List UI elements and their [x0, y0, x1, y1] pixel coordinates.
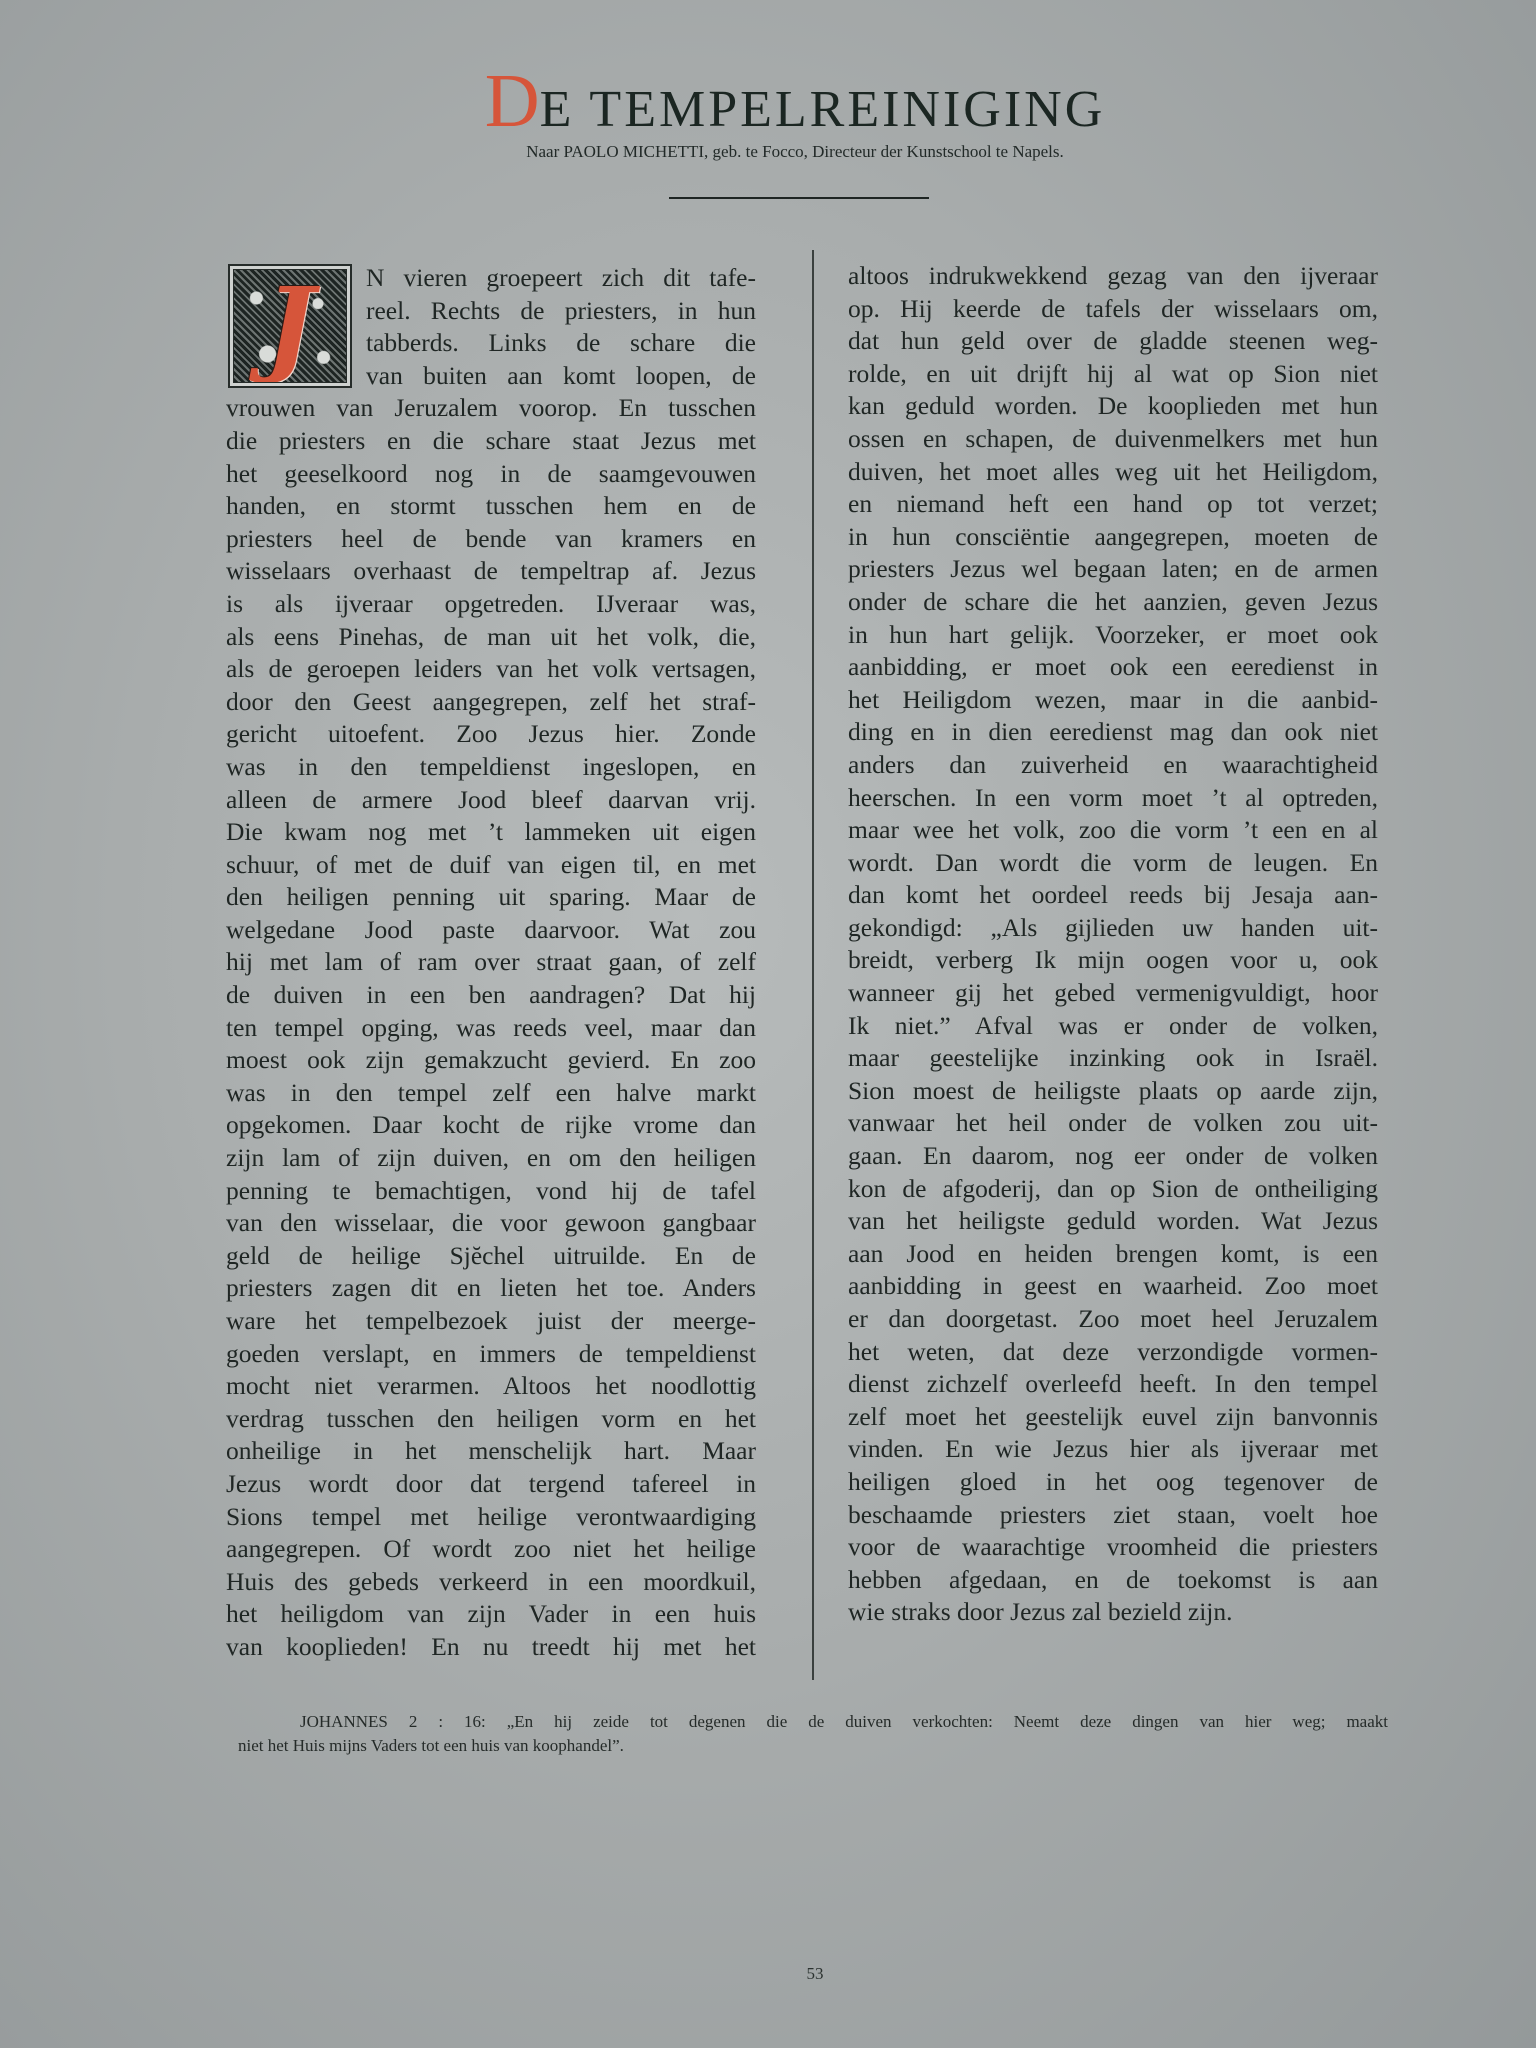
text-line: dienst zichzelf overleefd heeft. In den …: [848, 1368, 1378, 1401]
dropcap-letter: J: [234, 269, 346, 383]
text-line: zelf moet het geestelijk euvel zijn banv…: [848, 1401, 1378, 1434]
text-line: geld de heilige Sjĕchel uitruilde. En de: [226, 1240, 756, 1273]
text-line: priesters heel de bende van kramers en: [226, 523, 756, 556]
text-line: kan geduld worden. De kooplieden met hun: [848, 390, 1378, 423]
text-line: maar geestelijke inzinking ook in Israël…: [848, 1042, 1378, 1075]
text-line: ten tempel opging, was reeds veel, maar …: [226, 1012, 756, 1045]
text-line: Jezus wordt door dat tergend tafereel in: [226, 1468, 756, 1501]
text-line: ware het tempelbezoek juist der meerge-: [226, 1305, 756, 1338]
text-line: en niemand heft een hand op tot verzet;: [848, 488, 1378, 521]
text-line: mocht niet verarmen. Altoos het noodlott…: [226, 1370, 756, 1403]
text-line: Huis des gebeds verkeerd in een moordkui…: [226, 1566, 756, 1599]
right-column: altoos indrukwekkend gezag van den ijver…: [848, 260, 1378, 1629]
text-line: hebben afgedaan, en de toekomst is aan: [848, 1564, 1378, 1597]
footnote-line: niet het Huis mijns Vaders tot een huis …: [238, 1734, 1388, 1758]
text-line: wie straks door Jezus zal bezield zijn.: [848, 1596, 1378, 1629]
text-line: wisselaars overhaast de tempeltrap af. J…: [226, 555, 756, 588]
text-line: heerschen. In een vorm moet ’t al optred…: [848, 782, 1378, 815]
title-rest: E TEMPELREINIGING: [540, 81, 1106, 138]
text-line: verdrag tusschen den heiligen vorm en he…: [226, 1403, 756, 1436]
text-line: penning te bemachtigen, vond hij de tafe…: [226, 1175, 756, 1208]
text-line: ossen en schapen, de duivenmelkers met h…: [848, 423, 1378, 456]
text-line: aan Jood en heiden brengen komt, is een: [848, 1238, 1378, 1271]
text-line: Die kwam nog met ’t lammeken uit eigen: [226, 816, 756, 849]
text-line: als de geroepen leiders van het volk ver…: [226, 653, 756, 686]
text-line: gericht uitoefent. Zoo Jezus hier. Zonde: [226, 718, 756, 751]
book-page: DE TEMPELREINIGING Naar PAOLO MICHETTI, …: [0, 0, 1536, 2048]
text-line: is als ijveraar opgetreden. IJveraar was…: [226, 588, 756, 621]
text-line: beschaamde priesters ziet staan, voelt h…: [848, 1499, 1378, 1532]
text-line: als eens Pinehas, de man uit het volk, d…: [226, 621, 756, 654]
page-subtitle: Naar PAOLO MICHETTI, geb. te Focco, Dire…: [0, 142, 1536, 162]
text-line: voor de waarachtige vroomheid die priest…: [848, 1531, 1378, 1564]
text-line: heiligen gloed in het oog tegenover de: [848, 1466, 1378, 1499]
text-line: Sion moest de heiligste plaats op aarde …: [848, 1075, 1378, 1108]
text-line: er dan doorgetast. Zoo moet heel Jeruzal…: [848, 1303, 1378, 1336]
text-line: vinden. En wie Jezus hier als ijveraar m…: [848, 1433, 1378, 1466]
text-line: was in den tempeldienst ingeslopen, en: [226, 751, 756, 784]
text-line: kon de afgoderij, dan op Sion de ontheil…: [848, 1173, 1378, 1206]
title-divider: [669, 197, 929, 199]
text-line: wordt. Dan wordt die vorm de leugen. En: [848, 847, 1378, 880]
text-line: aanbidding in geest en waarheid. Zoo moe…: [848, 1270, 1378, 1303]
text-line: onheilige in het menschelijk hart. Maar: [226, 1435, 756, 1468]
text-line: de duiven in een ben aandragen? Dat hij: [226, 979, 756, 1012]
text-line: opgekomen. Daar kocht de rijke vrome dan: [226, 1109, 756, 1142]
text-line: door den Geest aangegrepen, zelf het str…: [226, 686, 756, 719]
text-line: van den wisselaar, die voor gewoon gangb…: [226, 1207, 756, 1240]
text-line: het heiligdom van zijn Vader in een huis: [226, 1598, 756, 1631]
text-line: rolde, en uit drijft hij al wat op Sion …: [848, 358, 1378, 391]
text-line: handen, en stormt tusschen hem en de: [226, 490, 756, 523]
text-line: op. Hij keerde de tafels der wisselaars …: [848, 293, 1378, 326]
text-line: dan komt het oordeel reeds bij Jesaja aa…: [848, 879, 1378, 912]
text-line: altoos indrukwekkend gezag van den ijver…: [848, 260, 1378, 293]
text-line: duiven, het moet alles weg uit het Heili…: [848, 456, 1378, 489]
text-line: het weten, dat deze verzondigde vormen-: [848, 1336, 1378, 1369]
text-line: het geeselkoord nog in de saamgevouwen: [226, 458, 756, 491]
title-initial: D: [485, 59, 540, 143]
text-line: den heiligen penning uit sparing. Maar d…: [226, 881, 756, 914]
column-divider: [812, 250, 814, 1680]
text-line: onder de schare die het aanzien, geven J…: [848, 586, 1378, 619]
page-number: 53: [0, 1964, 1536, 1984]
text-line: wanneer gij het gebed vermenigvuldigt, h…: [848, 977, 1378, 1010]
ornamental-initial-icon: J: [228, 264, 352, 388]
text-line: zijn lam of zijn duiven, en om den heili…: [226, 1142, 756, 1175]
text-line: alleen de armere Jood bleef daarvan vrij…: [226, 784, 756, 817]
text-line: ding en in dien eeredienst mag dan ook n…: [848, 716, 1378, 749]
initial-ornament-background: J: [233, 269, 347, 383]
text-line: priesters zagen dit en lieten het toe. A…: [226, 1272, 756, 1305]
footnote-line: JOHANNES 2 : 16: „En hij zeide tot degen…: [238, 1710, 1388, 1734]
text-line: breidt, verberg Ik mijn oogen voor u, oo…: [848, 944, 1378, 977]
text-line: vanwaar het heil onder de volken zou uit…: [848, 1107, 1378, 1140]
scripture-footnote: JOHANNES 2 : 16: „En hij zeide tot degen…: [238, 1710, 1388, 1758]
text-line: priesters Jezus wel begaan laten; en de …: [848, 553, 1378, 586]
text-line: Ik niet.” Afval was er onder de volken,: [848, 1010, 1378, 1043]
text-line: schuur, of met de duif van eigen til, en…: [226, 849, 756, 882]
text-line: moest ook zijn gemakzucht gevierd. En zo…: [226, 1044, 756, 1077]
text-line: vrouwen van Jeruzalem voorop. En tussche…: [226, 392, 756, 425]
text-line: van het heiligste geduld worden. Wat Jez…: [848, 1205, 1378, 1238]
text-line: maar wee het volk, zoo die vorm ’t een e…: [848, 814, 1378, 847]
text-line: in hun consciëntie aangegrepen, moeten d…: [848, 521, 1378, 554]
text-line: aangegrepen. Of wordt zoo niet het heili…: [226, 1533, 756, 1566]
text-line: goeden verslapt, en immers de tempeldien…: [226, 1338, 756, 1371]
text-line: gaan. En daarom, nog eer onder de volken: [848, 1140, 1378, 1173]
page-title: DE TEMPELREINIGING: [0, 58, 1536, 145]
left-column: J N vieren groepeert zich dit tafe- reel…: [226, 262, 756, 1664]
text-line: anders dan zuiverheid en waarachtigheid: [848, 749, 1378, 782]
text-line: dat hun geld over de gladde steenen weg-: [848, 325, 1378, 358]
text-line: gekondigd: „Als gijlieden uw handen uit-: [848, 912, 1378, 945]
text-line: welgedane Jood paste daarvoor. Wat zou: [226, 914, 756, 947]
text-line: die priesters en die schare staat Jezus …: [226, 425, 756, 458]
text-line: het Heiligdom wezen, maar in die aanbid-: [848, 684, 1378, 717]
text-line: in hun hart gelijk. Voorzeker, er moet o…: [848, 619, 1378, 652]
text-line: van kooplieden! En nu treedt hij met het: [226, 1631, 756, 1664]
text-line: hij met lam of ram over straat gaan, of …: [226, 946, 756, 979]
text-line: Sions tempel met heilige verontwaardigin…: [226, 1501, 756, 1534]
text-line: was in den tempel zelf een halve markt: [226, 1077, 756, 1110]
text-line: aanbidding, er moet ook een eeredienst i…: [848, 651, 1378, 684]
